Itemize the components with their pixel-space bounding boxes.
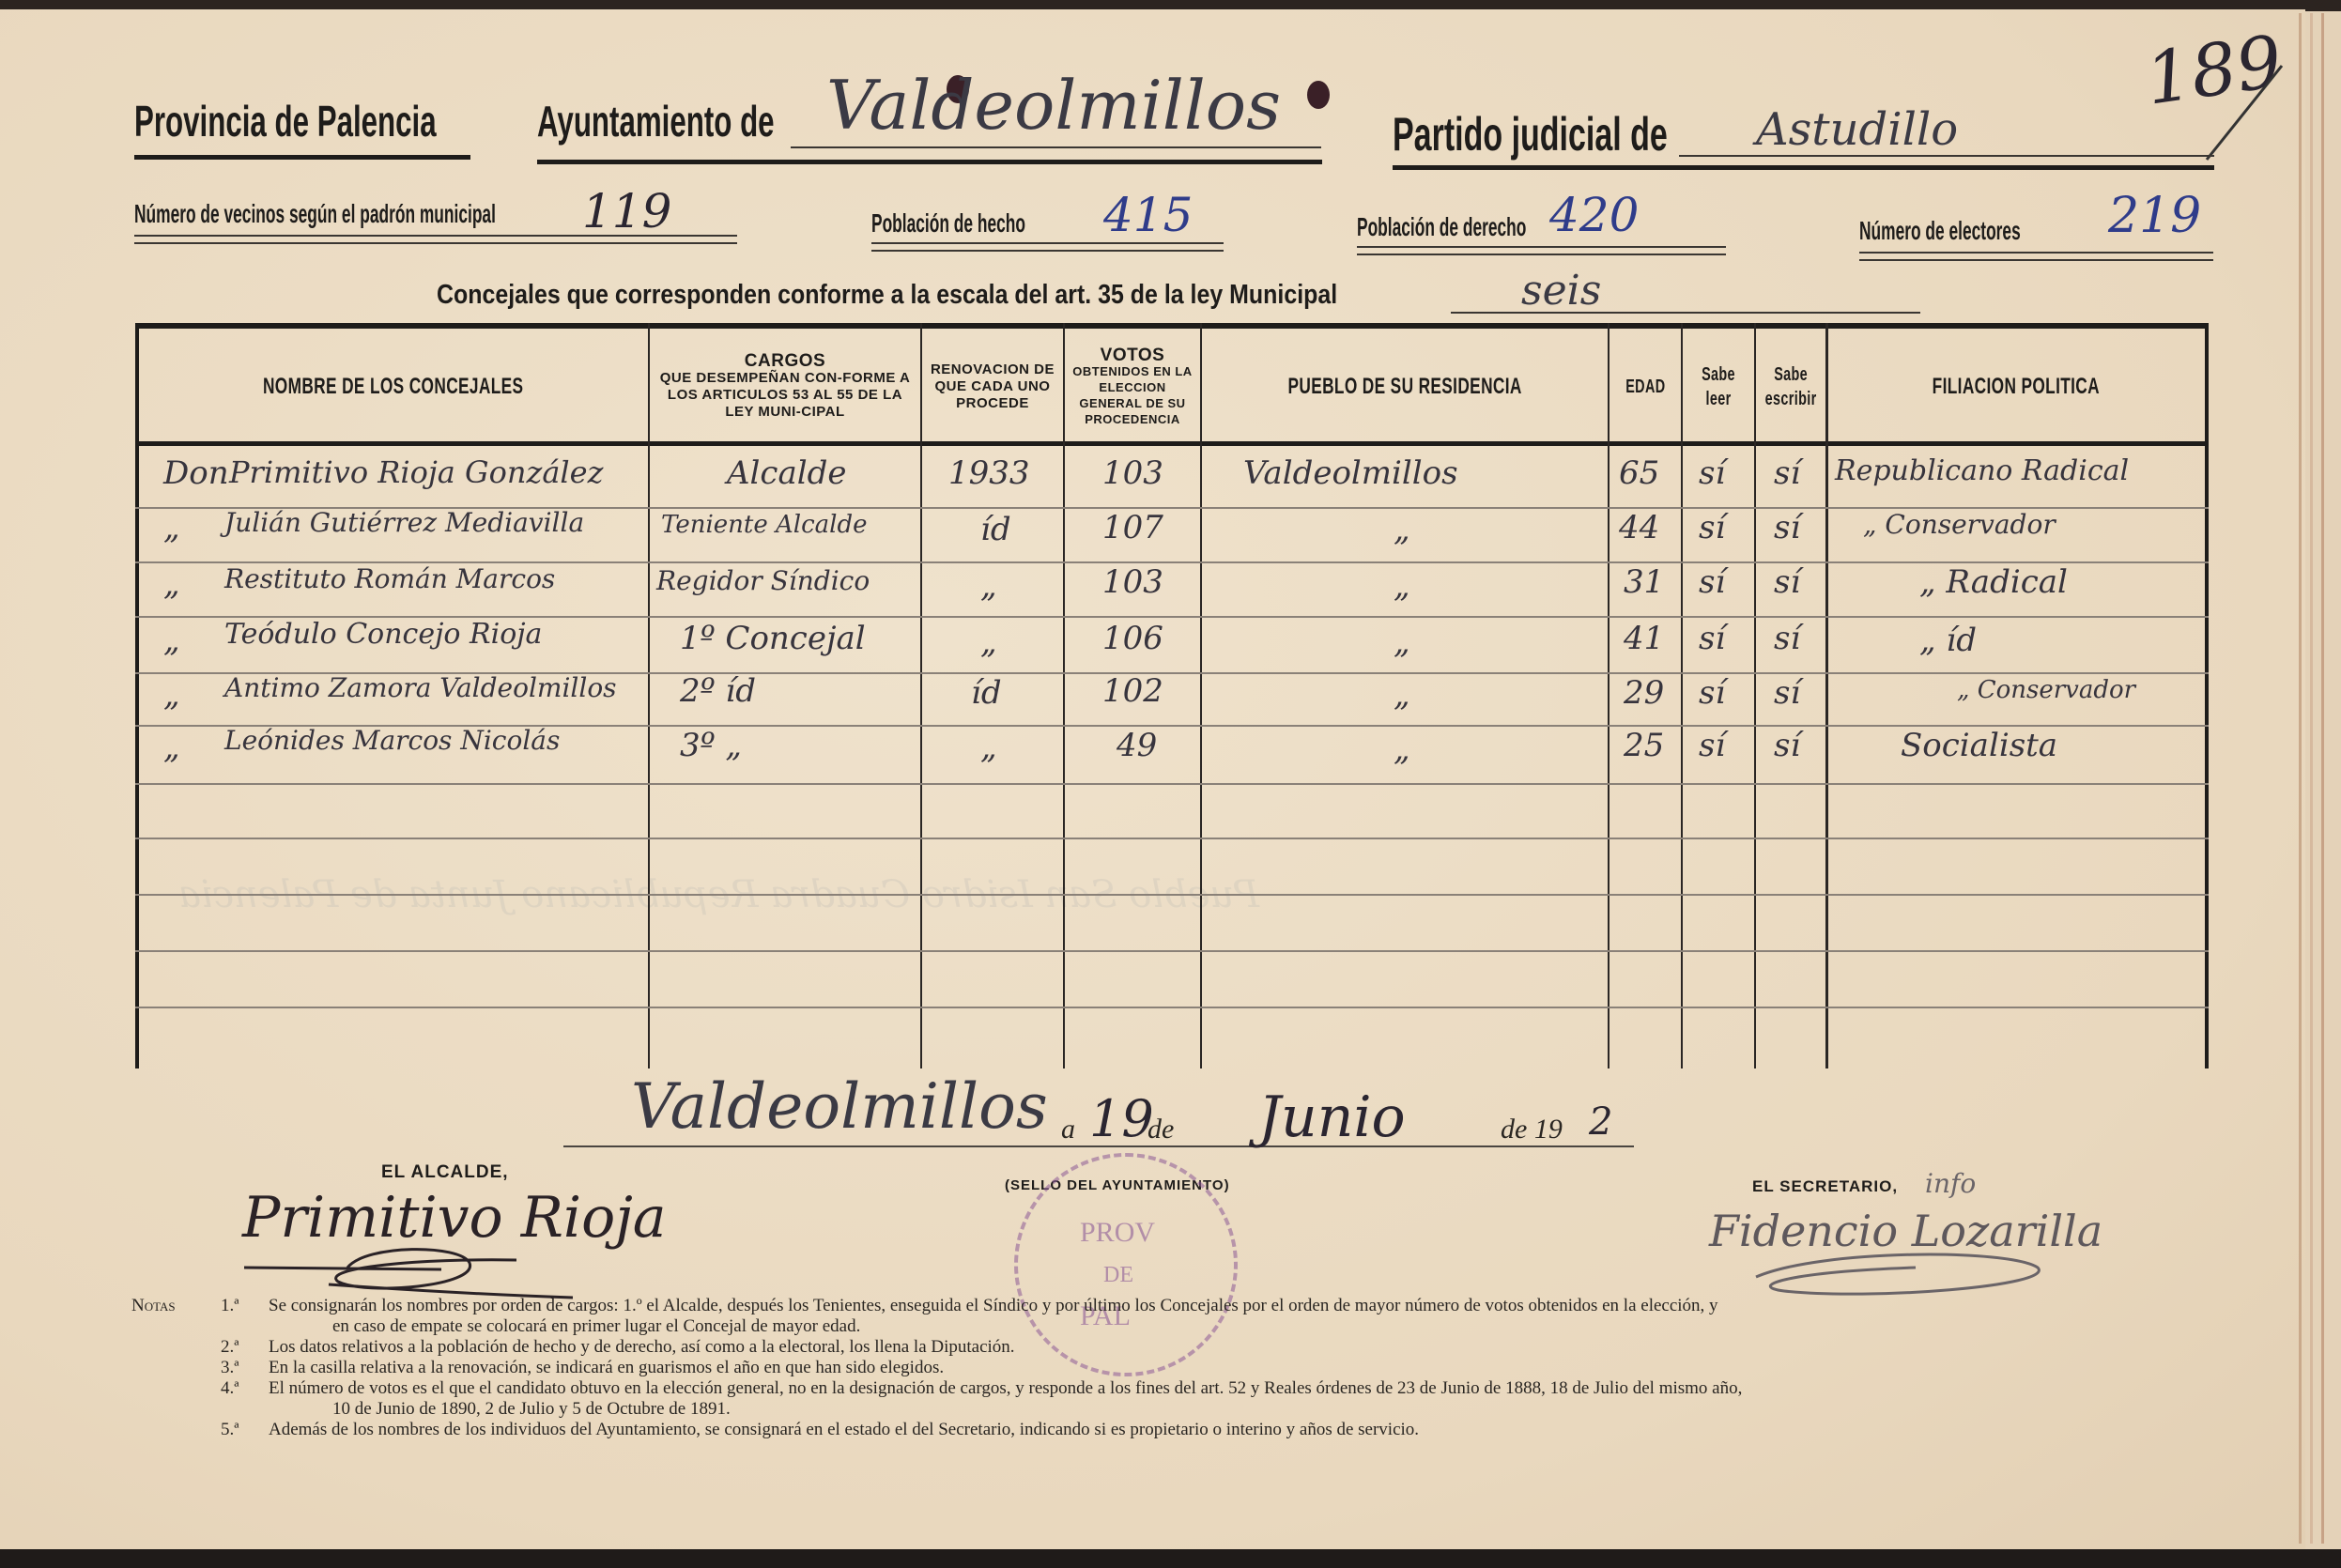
row-prefix: „ [163,622,180,659]
cell-cargo: Regidor Síndico [656,565,870,596]
ayuntamiento-label: Ayuntamiento de [537,96,775,146]
underline [1393,165,2214,170]
table-top-border [135,323,2209,329]
cell-pueblo: „ [1394,567,1410,605]
punch-hole-icon [1307,81,1330,109]
cell-nombre: Restituto Román Marcos [224,563,555,594]
cell-sabe-leer: sí [1699,620,1725,657]
cell-edad: 25 [1624,727,1664,764]
stamp-text: PROV [1080,1217,1155,1249]
note-text: Se consignarán los nombres por orden de … [269,1296,1718,1316]
cell-edad: 65 [1619,454,1659,492]
cell-nombre: Teódulo Concejo Rioja [224,618,542,651]
cell-pueblo: „ [1394,511,1410,548]
cell-edad: 31 [1624,563,1664,601]
date-year-prefix: de 19 [1501,1114,1563,1145]
cell-filiacion: „ Conservador [1957,676,2135,704]
underline [791,146,1321,148]
cell-pueblo: „ [1394,676,1410,714]
cell-cargo: Alcalde [727,454,847,492]
cell-sabe-escribir: sí [1774,674,1800,712]
table-header-border [135,441,2209,446]
cell-pueblo: „ [1394,730,1410,768]
secretario-note: info [1925,1168,1976,1199]
note-text: En la casilla relativa a la renovación, … [269,1358,944,1378]
partido-value: Astudillo [1756,103,1958,156]
underline [871,250,1224,252]
underline [134,242,737,244]
cell-filiacion: Republicano Radical [1835,454,2129,487]
row-prefix: Don [163,454,229,492]
date-day: 19 [1089,1089,1154,1148]
cell-edad: 29 [1624,674,1664,712]
cell-cargo: 1º Concejal [680,620,866,657]
cell-nombre: Primitivo Rioja González [229,454,603,490]
cell-renovacion: íd [980,511,1011,548]
underline [1679,155,2214,157]
stamp-text: DE [1103,1263,1133,1288]
cell-sabe-leer: sí [1699,727,1725,764]
cell-votos: 103 [1102,454,1163,492]
cell-renovacion: 1933 [948,454,1030,492]
concejales-value: seis [1521,267,1601,315]
cell-sabe-escribir: sí [1774,620,1800,657]
secretario-label: EL SECRETARIO, [1752,1177,1898,1196]
electores-value: 219 [2108,188,2201,244]
note-text: 10 de Junio de 1890, 2 de Julio y 5 de O… [332,1399,731,1420]
underline [134,235,737,237]
cell-cargo: Teniente Alcalde [661,511,868,539]
row-prefix: „ [163,729,180,766]
underline [1357,254,1726,255]
cell-sabe-leer: sí [1699,563,1725,601]
note-number: 1.ª [221,1296,239,1316]
cell-sabe-escribir: sí [1774,563,1800,601]
concejales-table: NOMBRE DE LOS CONCEJALES CARGOS QUE DESE… [135,323,2209,1068]
date-year-suffix: 2 [1589,1100,1612,1144]
poblacion-hecho-label: Población de hecho [871,208,1025,238]
secretario-flourish-icon [1728,1249,2066,1305]
underline [1859,259,2213,261]
cell-sabe-leer: sí [1699,454,1725,492]
ayuntamiento-value: Valdeolmillos [826,66,1281,145]
cell-sabe-escribir: sí [1774,454,1800,492]
cell-renovacion: íd [971,674,1002,712]
date-place: Valdeolmillos [631,1070,1048,1143]
note-number: 5.ª [221,1420,239,1440]
column-header-renovacion: RENOVACION DE QUE CADA UNO PROCEDE [922,336,1063,438]
underline [1451,312,1920,314]
note-number: 4.ª [221,1378,239,1399]
poblacion-derecho-label: Población de derecho [1357,212,1526,242]
cell-nombre: Julián Gutiérrez Mediavilla [224,507,584,538]
cell-pueblo: Valdeolmillos [1243,454,1458,492]
column-header-sabe-escribir: Sabe escribir [1756,336,1825,438]
cell-nombre: Leónides Marcos Nicolás [224,725,560,756]
cell-sabe-leer: sí [1699,674,1725,712]
poblacion-hecho-value: 415 [1103,188,1193,242]
poblacion-derecho-value: 420 [1549,188,1639,242]
partido-label: Partido judicial de [1393,107,1668,161]
note-text: en caso de empate se colocará en primer … [332,1316,860,1337]
underline [1859,252,2213,254]
cell-renovacion: „ [980,623,997,661]
cell-renovacion: „ [980,729,997,766]
provincia-label: Provincia de Palencia [134,96,437,146]
cell-filiacion: „ Conservador [1863,509,2056,540]
date-de-label: de [1147,1114,1174,1145]
note-text: El número de votos es el que el candidat… [269,1378,1742,1399]
cell-votos: 103 [1102,563,1163,601]
note-number: 3.ª [221,1358,239,1378]
cell-cargo: 2º íd [680,672,756,710]
cell-renovacion: „ [980,567,997,605]
cell-votos: 107 [1102,509,1163,546]
underline [134,155,470,160]
underline [1357,246,1726,248]
date-month: Junio [1258,1084,1406,1150]
page-number-mark-icon [2066,56,2291,178]
page-edge [2310,13,2313,1544]
concejales-label: Concejales que corresponden conforme a l… [437,280,1337,311]
row-prefix: „ [163,676,180,714]
cell-sabe-escribir: sí [1774,727,1800,764]
underline [871,242,1224,244]
row-prefix: „ [163,565,180,603]
column-header-nombre: NOMBRE DE LOS CONCEJALES [139,336,648,438]
column-header-votos: VOTOS OBTENIDOS EN LA ELECCION GENERAL D… [1065,336,1200,438]
page-edge [2299,13,2302,1544]
cell-pueblo: „ [1394,623,1410,661]
cell-votos: 49 [1117,727,1157,764]
book-binding-bottom [0,1549,2341,1568]
cell-sabe-leer: sí [1699,509,1725,546]
column-header-pueblo: PUEBLO DE SU RESIDENCIA [1202,336,1608,438]
cell-edad: 41 [1624,620,1664,657]
cell-votos: 102 [1102,672,1163,710]
cell-edad: 44 [1619,509,1659,546]
page-edge [2321,13,2324,1544]
column-header-sabe-leer: Sabe leer [1683,336,1754,438]
column-header-edad: EDAD [1609,336,1681,438]
date-a-label: a [1061,1114,1075,1145]
note-text: Además de los nombres de los individuos … [269,1420,1419,1440]
note-text: Los datos relativos a la población de he… [269,1337,1015,1358]
cell-cargo: 3º „ [680,727,742,764]
alcalde-label: EL ALCALDE, [381,1162,509,1183]
cell-nombre: Antimo Zamora Valdeolmillos [224,672,617,703]
cell-filiacion: Socialista [1901,727,2057,764]
cell-filiacion: „ Radical [1919,563,2068,601]
cell-filiacion: „ íd [1919,622,1977,659]
electores-label: Número de electores [1859,216,2021,246]
row-prefix: „ [163,509,180,546]
column-header-cargos: CARGOS QUE DESEMPEÑAN CON-FORME A LOS AR… [650,336,920,438]
note-number: 2.ª [221,1337,239,1358]
column-header-filiacion: FILIACION POLITICA [1828,336,2204,438]
underline [537,160,1322,164]
notes-label: Notas [131,1296,176,1316]
cell-votos: 106 [1102,620,1163,657]
cell-sabe-escribir: sí [1774,509,1800,546]
vecinos-value: 119 [582,184,671,238]
vecinos-label: Número de vecinos según el padrón munici… [134,199,496,229]
